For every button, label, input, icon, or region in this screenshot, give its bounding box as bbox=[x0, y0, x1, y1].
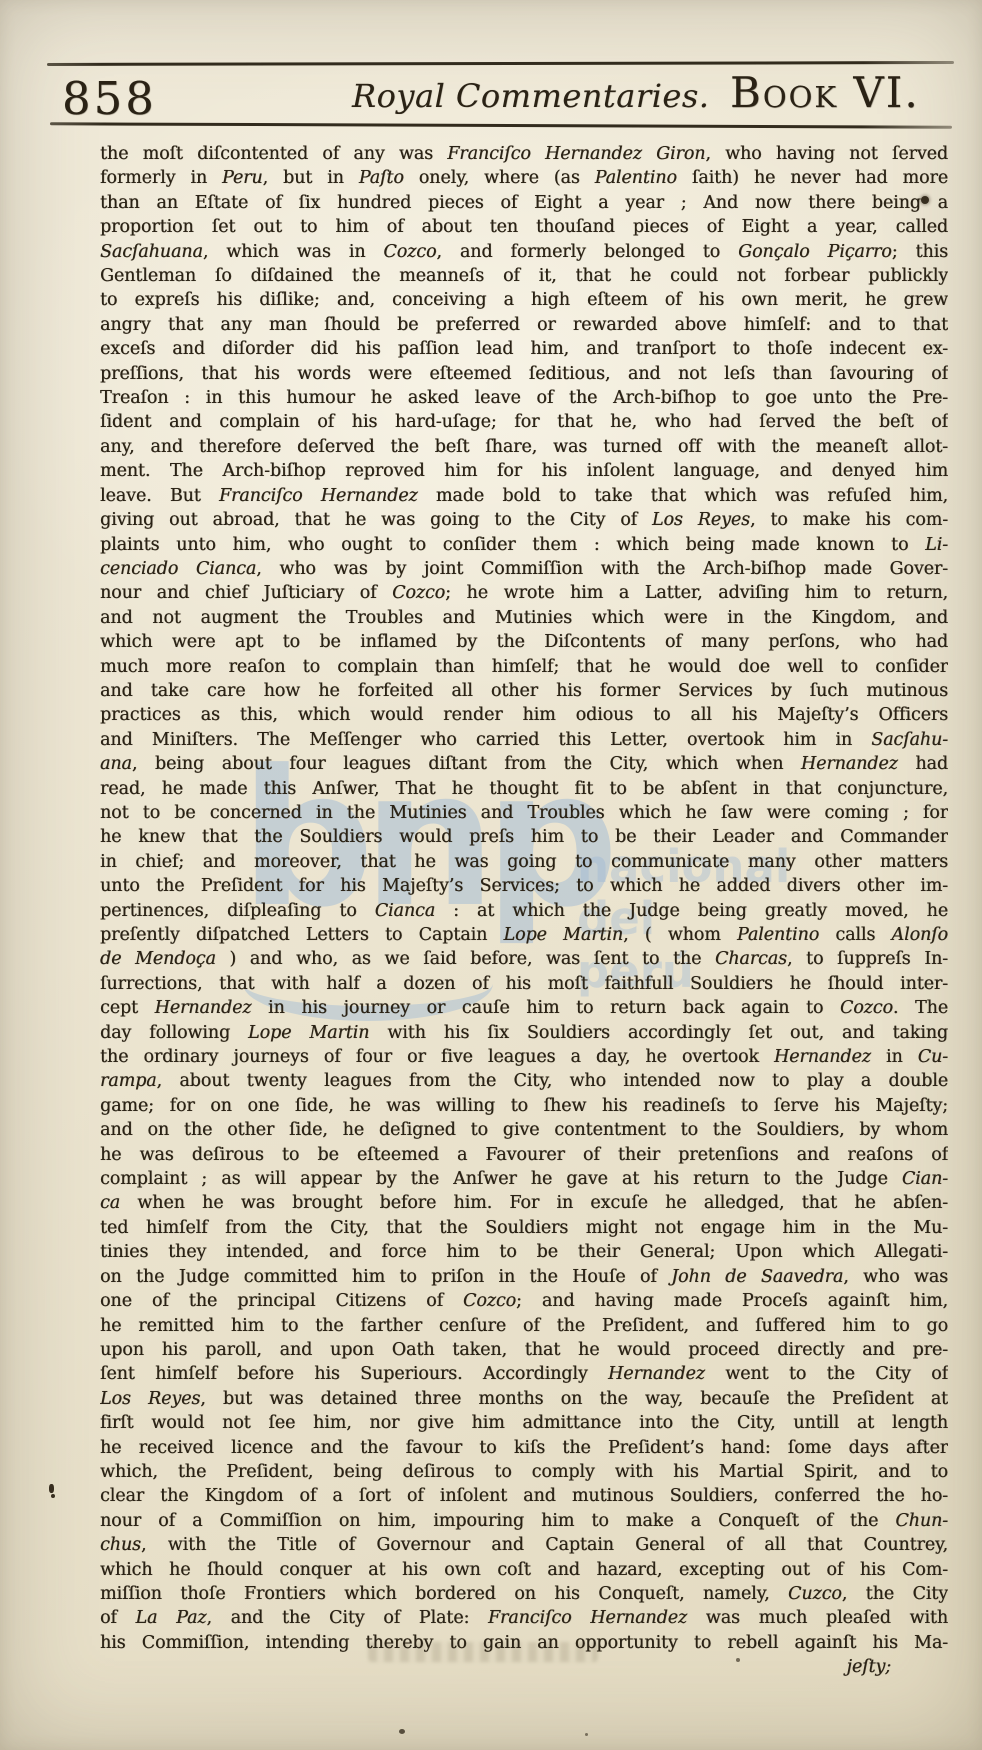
text-line: plaints unto him, who ought to conſider … bbox=[100, 533, 948, 557]
text-line: read, he made this Anſwer, That he thoug… bbox=[100, 777, 948, 801]
text-line: leave. But Franciſco Hernandez made bold… bbox=[100, 484, 948, 508]
text-line: which, the Preſident, being deſirous to … bbox=[100, 1460, 948, 1484]
ink-speck bbox=[921, 196, 929, 204]
text-line: and not augment the Troubles and Mutinie… bbox=[100, 606, 948, 630]
text-line: ſurrections, that with half a dozen of h… bbox=[100, 972, 948, 996]
text-line: not to be concerned in the Mutinies and … bbox=[100, 801, 948, 825]
ink-speck bbox=[399, 1729, 405, 1734]
text-line: one of the principal Citizens of Cozco; … bbox=[100, 1289, 948, 1313]
header-rule-top bbox=[47, 61, 954, 66]
ink-speck bbox=[585, 1733, 588, 1736]
text-line: day following Lope Martin with his ſix S… bbox=[100, 1021, 948, 1045]
text-line: Treaſon : in this humour he asked leave … bbox=[100, 386, 948, 410]
text-line: ted himſelf from the City, that the Soul… bbox=[100, 1216, 948, 1240]
ink-speck bbox=[49, 1484, 54, 1493]
text-line: Sacſahuana, which was in Cozco, and form… bbox=[100, 240, 948, 264]
text-line: cenciado Cianca, who was by joint Commiſ… bbox=[100, 557, 948, 581]
text-line: Los Reyes, but was detained three months… bbox=[100, 1387, 948, 1411]
text-line: and Miniſters. The Meſſenger who carried… bbox=[100, 728, 948, 752]
text-line: game; for on one ſide, he was willing to… bbox=[100, 1094, 948, 1118]
text-line: and take care how he forfeited all other… bbox=[100, 679, 948, 703]
page-number: 858 bbox=[62, 72, 157, 125]
text-line: clear the Kingdom of a ſort of inſolent … bbox=[100, 1484, 948, 1508]
text-line: exceſs and diſorder did his paſſion lead… bbox=[100, 337, 948, 361]
text-line: proportion ſet out to him of about ten t… bbox=[100, 215, 948, 239]
text-line: complaint ; as will appear by the Anſwer… bbox=[100, 1167, 948, 1191]
text-line: ſent himſelf before his Superiours. Acco… bbox=[100, 1362, 948, 1386]
text-line: which he ſhould conquer at his own coſt … bbox=[100, 1558, 948, 1582]
text-line: to expreſs his diſlike; and, conceiving … bbox=[100, 288, 948, 312]
text-line: nour of a Commiſſion on him, impouring h… bbox=[100, 1509, 948, 1533]
book-label: Book VI. bbox=[730, 68, 920, 117]
text-line: of La Paz, and the City of Plate: Franci… bbox=[100, 1606, 948, 1630]
text-line: upon his paroll, and upon Oath taken, th… bbox=[100, 1338, 948, 1362]
text-line: angry that any man ſhould be preferred o… bbox=[100, 313, 948, 337]
text-line: practices as this, which would render hi… bbox=[100, 703, 948, 727]
text-line: ſident and complain of his hard-uſage; f… bbox=[100, 410, 948, 434]
text-line: miſſion thoſe Frontiers which bordered o… bbox=[100, 1582, 948, 1606]
text-line: firſt would not ſee him, nor give him ad… bbox=[100, 1411, 948, 1435]
text-line: he remitted him to the farther cenſure o… bbox=[100, 1314, 948, 1338]
ink-speck bbox=[51, 1494, 55, 1498]
text-line: and on the other ſide, he deſigned to gi… bbox=[100, 1118, 948, 1142]
text-line: he knew that the Souldiers would preſs h… bbox=[100, 825, 948, 849]
text-line: unto the Preſident for his Majeſty’s Ser… bbox=[100, 874, 948, 898]
text-line: giving out abroad, that he was going to … bbox=[100, 508, 948, 532]
text-line: rampa, about twenty leagues from the Cit… bbox=[100, 1069, 948, 1093]
text-line: the ordinary journeys of four or five le… bbox=[100, 1045, 948, 1069]
page-header: 858 Royal Commentaries. Book VI. bbox=[0, 0, 982, 150]
text-line: formerly in Peru, but in Paſto onely, wh… bbox=[100, 166, 948, 190]
catchword: jeſty; bbox=[847, 1657, 891, 1677]
text-line: tinies they intended, and force him to b… bbox=[100, 1240, 948, 1264]
text-line: preſſions, that his words were eſteemed … bbox=[100, 362, 948, 386]
text-line: de Mendoça ) and who, as we ſaid before,… bbox=[100, 947, 948, 971]
text-line: he received licence and the favour to ki… bbox=[100, 1436, 948, 1460]
text-line: preſently diſpatched Letters to Captain … bbox=[100, 923, 948, 947]
body-text: the moſt diſcontented of any was Franciſ… bbox=[100, 142, 948, 1680]
text-line: than an Eſtate of ſix hundred pieces of … bbox=[100, 191, 948, 215]
header-rule-bottom bbox=[50, 122, 952, 128]
text-line: ca when he was brought before him. For i… bbox=[100, 1191, 948, 1215]
text-line: Gentleman ſo diſdained the meanneſs of i… bbox=[100, 264, 948, 288]
text-line: much more reaſon to complain than himſel… bbox=[100, 655, 948, 679]
text-line: any, and therefore deſerved the beſt ſha… bbox=[100, 435, 948, 459]
book-page: bnp nacional del perú 858 Royal Commenta… bbox=[0, 0, 982, 1750]
text-line: ment. The Arch-biſhop reproved him for h… bbox=[100, 459, 948, 483]
text-line: cept Hernandez in his journey or cauſe h… bbox=[100, 996, 948, 1020]
text-line: his Commiſſion, intending thereby to gai… bbox=[100, 1631, 948, 1655]
text-line: chus, with the Title of Governour and Ca… bbox=[100, 1533, 948, 1557]
text-line: pertinences, diſpleaſing to Cianca : at … bbox=[100, 899, 948, 923]
catchword-line: jeſty; bbox=[100, 1655, 948, 1679]
text-line: ana, being about four leagues diſtant fr… bbox=[100, 752, 948, 776]
text-line: which were apt to be inflamed by the Diſ… bbox=[100, 630, 948, 654]
ink-speck bbox=[736, 1658, 740, 1662]
text-line: in chief; and moreover, that he was goin… bbox=[100, 850, 948, 874]
page-title: Royal Commentaries. bbox=[352, 77, 709, 115]
text-line: on the Judge committed him to priſon in … bbox=[100, 1265, 948, 1289]
text-line: he was deſirous to be eſteemed a Favoure… bbox=[100, 1143, 948, 1167]
text-line: nour and chief Juſticiary of Cozco; he w… bbox=[100, 581, 948, 605]
